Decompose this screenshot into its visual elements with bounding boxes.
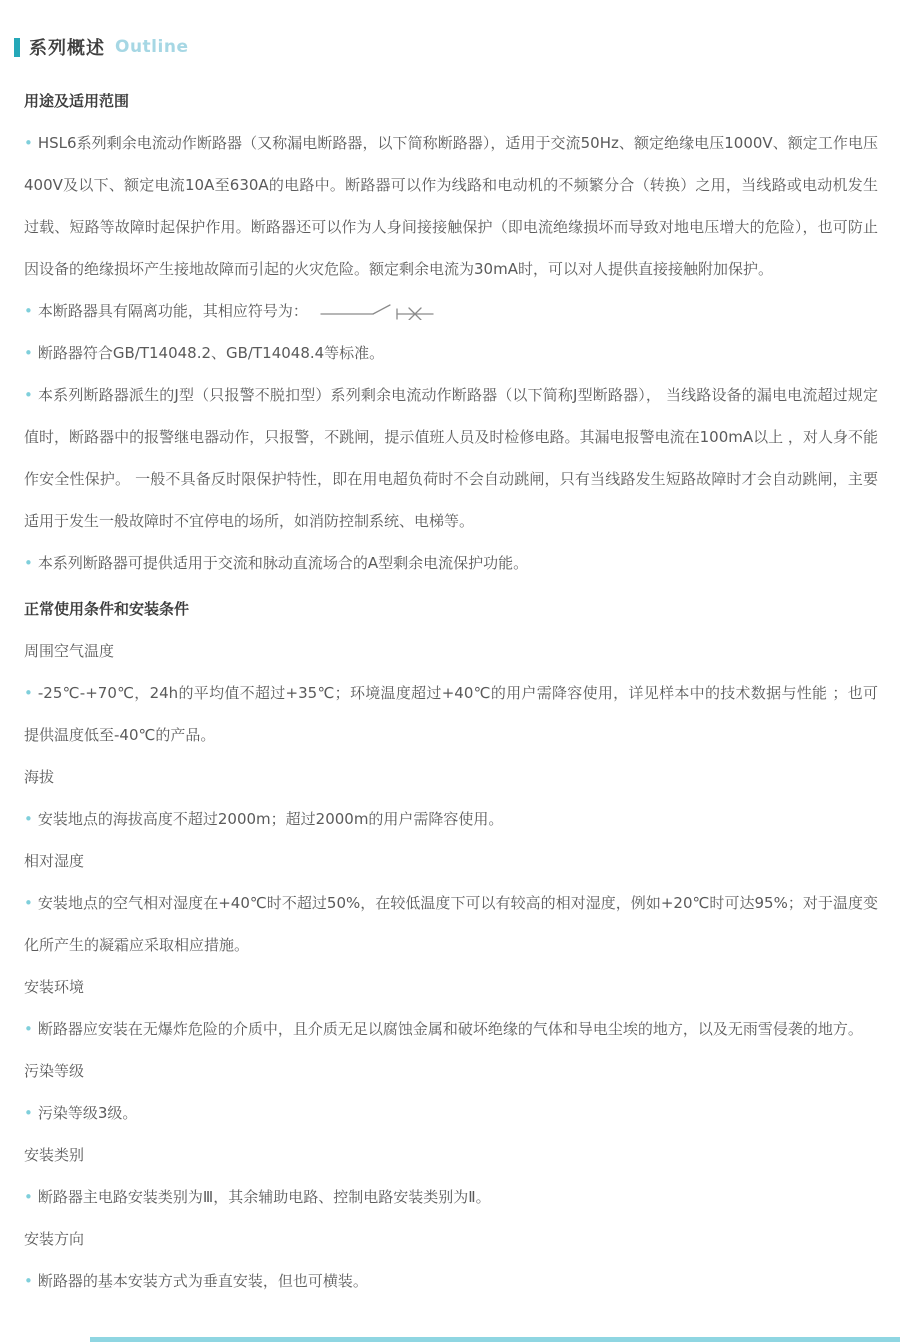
paragraph-text: 断路器符合GB/T14048.2、GB/T14048.4等标准。 xyxy=(38,344,384,362)
paragraph-text: HSL6系列剩余电流动作断路器（又称漏电断路器，以下简称断路器），适用于交流50… xyxy=(24,134,878,278)
bullet-dot-icon: • xyxy=(24,1104,33,1122)
paragraph-text: 断路器主电路安装类别为Ⅲ，其余辅助电路、控制电路安装类别为Ⅱ。 xyxy=(38,1188,491,1206)
page-title-en: Outline xyxy=(115,37,188,57)
bullet-paragraph: •污染等级3级。 xyxy=(24,1092,878,1134)
bullet-paragraph: •断路器符合GB/T14048.2、GB/T14048.4等标准。 xyxy=(24,332,878,374)
condition-subheading-text: 海拔 xyxy=(24,768,54,786)
bullet-dot-icon: • xyxy=(24,1188,33,1206)
condition-subheading-text: 安装类别 xyxy=(24,1146,84,1164)
paragraph-text: -25℃-+70℃，24h的平均值不超过+35℃；环境温度超过+40℃的用户需降… xyxy=(24,684,878,744)
title-accent-bar-icon xyxy=(14,38,20,57)
bullet-paragraph: •断路器应安装在无爆炸危险的介质中，且介质无足以腐蚀金属和破坏绝缘的气体和导电尘… xyxy=(24,1008,878,1050)
isolation-function-symbol-icon xyxy=(308,302,435,320)
section-heading: 正常使用条件和安装条件 xyxy=(24,588,878,630)
condition-subheading: 周围空气温度 xyxy=(24,630,878,672)
bullet-dot-icon: • xyxy=(24,554,33,572)
bullet-paragraph: •安装地点的海拔高度不超过2000m；超过2000m的用户需降容使用。 xyxy=(24,798,878,840)
condition-subheading: 安装类别 xyxy=(24,1134,878,1176)
bullet-dot-icon: • xyxy=(24,344,33,362)
bullet-dot-icon: • xyxy=(24,1020,33,1038)
paragraph-text: 断路器的基本安装方式为垂直安装，但也可横装。 xyxy=(38,1272,368,1290)
content-blocks: 用途及适用范围•HSL6系列剩余电流动作断路器（又称漏电断路器，以下简称断路器）… xyxy=(24,80,878,1302)
condition-subheading: 海拔 xyxy=(24,756,878,798)
bullet-paragraph: •安装地点的空气相对湿度在+40℃时不超过50%，在较低温度下可以有较高的相对湿… xyxy=(24,882,878,966)
bullet-paragraph: •本系列断路器可提供适用于交流和脉动直流场合的A型剩余电流保护功能。 xyxy=(24,542,878,584)
bullet-dot-icon: • xyxy=(24,894,33,912)
condition-subheading-text: 安装环境 xyxy=(24,978,84,996)
bullet-paragraph: •断路器的基本安装方式为垂直安装，但也可横装。 xyxy=(24,1260,878,1302)
condition-subheading-text: 相对湿度 xyxy=(24,852,84,870)
bullet-dot-icon: • xyxy=(24,810,33,828)
bullet-paragraph: •HSL6系列剩余电流动作断路器（又称漏电断路器，以下简称断路器），适用于交流5… xyxy=(24,122,878,290)
condition-subheading-text: 周围空气温度 xyxy=(24,642,114,660)
paragraph-text: 断路器应安装在无爆炸危险的介质中，且介质无足以腐蚀金属和破坏绝缘的气体和导电尘埃… xyxy=(38,1020,863,1038)
bullet-dot-icon: • xyxy=(24,386,33,404)
condition-subheading: 安装环境 xyxy=(24,966,878,1008)
bullet-paragraph: •本断路器具有隔离功能，其相应符号为： xyxy=(24,290,878,332)
section-heading: 用途及适用范围 xyxy=(24,80,878,122)
paragraph-text: 本断路器具有隔离功能，其相应符号为： xyxy=(38,302,308,320)
paragraph-text: 本系列断路器派生的J型（只报警不脱扣型）系列剩余电流动作断路器（以下简称J型断路… xyxy=(24,386,878,530)
paragraph-text: 安装地点的空气相对湿度在+40℃时不超过50%，在较低温度下可以有较高的相对湿度… xyxy=(24,894,878,954)
bullet-dot-icon: • xyxy=(24,302,33,320)
bullet-dot-icon: • xyxy=(24,684,33,702)
condition-subheading-text: 安装方向 xyxy=(24,1230,84,1248)
paragraph-text: 本系列断路器可提供适用于交流和脉动直流场合的A型剩余电流保护功能。 xyxy=(38,554,528,572)
condition-subheading: 安装方向 xyxy=(24,1218,878,1260)
bullet-paragraph: •断路器主电路安装类别为Ⅲ，其余辅助电路、控制电路安装类别为Ⅱ。 xyxy=(24,1176,878,1218)
condition-subheading-text: 污染等级 xyxy=(24,1062,84,1080)
bullet-dot-icon: • xyxy=(24,1272,33,1290)
page-title-cn: 系列概述 xyxy=(29,34,105,60)
paragraph-text: 安装地点的海拔高度不超过2000m；超过2000m的用户需降容使用。 xyxy=(38,810,504,828)
bullet-dot-icon: • xyxy=(24,134,33,152)
bullet-paragraph: •-25℃-+70℃，24h的平均值不超过+35℃；环境温度超过+40℃的用户需… xyxy=(24,672,878,756)
bullet-paragraph: •本系列断路器派生的J型（只报警不脱扣型）系列剩余电流动作断路器（以下简称J型断… xyxy=(24,374,878,542)
footer-accent-bar xyxy=(90,1337,900,1342)
document-body: 用途及适用范围•HSL6系列剩余电流动作断路器（又称漏电断路器，以下简称断路器）… xyxy=(0,66,900,1342)
condition-subheading: 相对湿度 xyxy=(24,840,878,882)
section-heading-text: 正常使用条件和安装条件 xyxy=(24,600,189,618)
paragraph-text: 污染等级3级。 xyxy=(38,1104,138,1122)
condition-subheading: 污染等级 xyxy=(24,1050,878,1092)
section-heading-text: 用途及适用范围 xyxy=(24,92,129,110)
page-header: 系列概述 Outline xyxy=(0,0,900,66)
